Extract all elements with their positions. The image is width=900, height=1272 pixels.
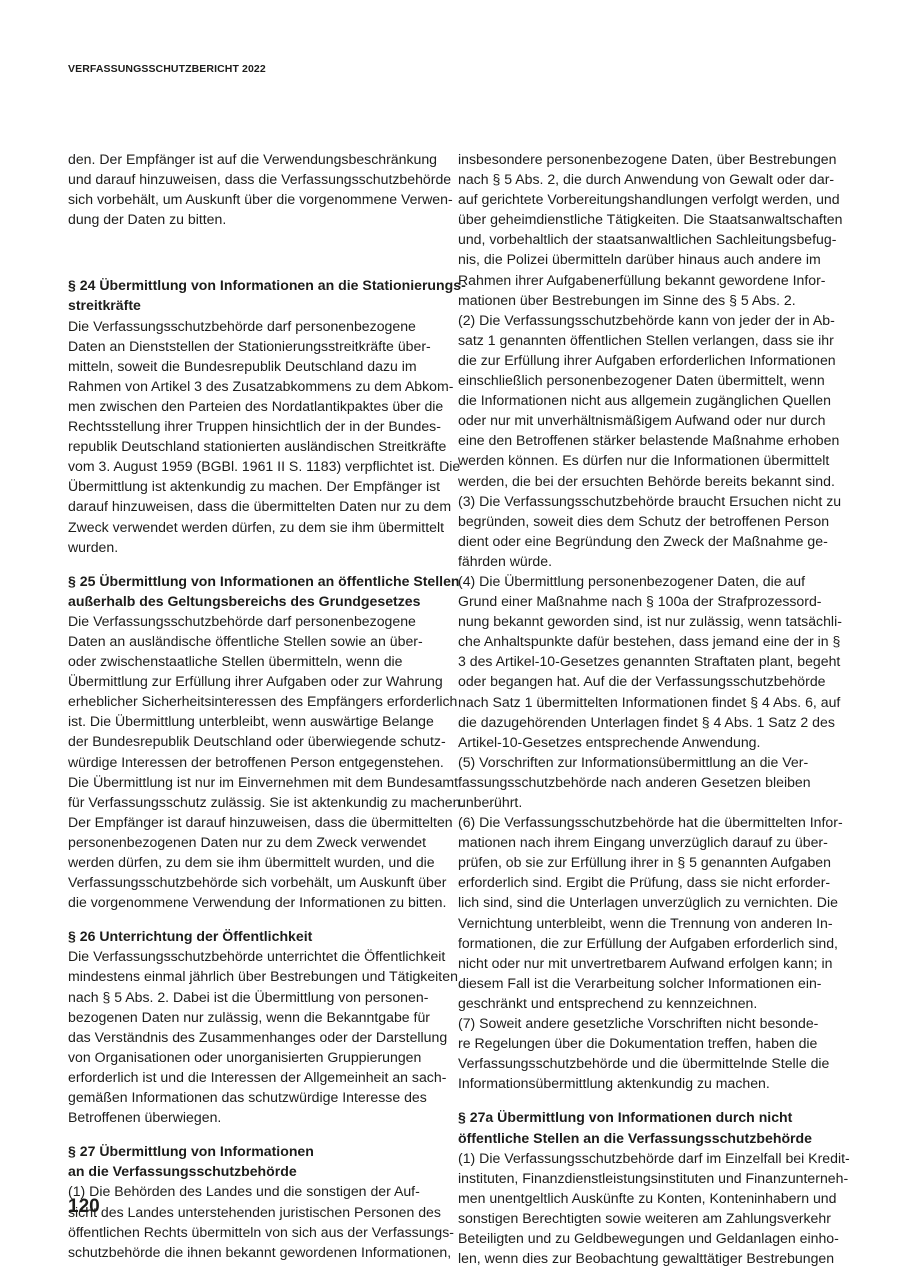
text-line: satz 1 genannten öffentlichen Stellen ve… (458, 330, 840, 350)
text-line: erforderlich ist und die Interessen der … (68, 1067, 450, 1087)
section-heading: streitkräfte (68, 295, 450, 315)
text-line: Informationsübermittlung aktenkundig zu … (458, 1073, 840, 1093)
text-line: nicht oder nur mit unvertretbarem Aufwan… (458, 953, 840, 973)
text-line: (6) Die Verfassungsschutzbehörde hat die… (458, 812, 840, 832)
text-line: Betroffenen überwiegen. (68, 1107, 450, 1127)
text-line: unberührt. (458, 792, 840, 812)
section-heading: an die Verfassungsschutzbehörde (68, 1161, 450, 1181)
page-number: 120 (68, 1196, 100, 1218)
right-column: insbesondere personenbezogene Daten, übe… (458, 149, 840, 1268)
section-26: § 26 Unterrichtung der Öffentlichkeit Di… (68, 926, 450, 1127)
text-line: Die Übermittlung ist nur im Einvernehmen… (68, 772, 450, 792)
text-line: fährden würde. (458, 551, 840, 571)
text-line: republik Deutschland stationierten auslä… (68, 436, 450, 456)
section-27-continuation: insbesondere personenbezogene Daten, übe… (458, 149, 840, 1093)
text-line: mindestens einmal jährlich über Bestrebu… (68, 966, 450, 986)
text-line: und darauf hinzuweisen, dass die Verfass… (68, 169, 450, 189)
text-line: die dazugehörenden Unterlagen findet § 4… (458, 712, 840, 732)
spacer (68, 557, 450, 571)
text-line: öffentlichen Rechts übermitteln von sich… (68, 1222, 450, 1242)
section-27a: § 27a Übermittlung von Informationen dur… (458, 1107, 840, 1268)
text-line: Verfassungsschutzbehörde und die übermit… (458, 1053, 840, 1073)
text-line: nis, die Polizei übermitteln darüber hin… (458, 249, 840, 269)
text-line: werden, die bei der ersuchten Behörde be… (458, 471, 840, 491)
text-line: nach Satz 1 übermittelten Informationen … (458, 692, 840, 712)
text-line: Der Empfänger ist darauf hinzuweisen, da… (68, 812, 450, 832)
text-line: mitteln, soweit die Bundesrepublik Deuts… (68, 356, 450, 376)
text-line: Rahmen von Artikel 3 des Zusatzabkommens… (68, 376, 450, 396)
text-line: schutzbehörde die ihnen bekannt geworden… (68, 1242, 450, 1262)
text-line: werden dürfen, zu dem sie ihm übermittel… (68, 852, 450, 872)
text-line: (1) Die Verfassungsschutzbehörde darf im… (458, 1148, 840, 1168)
text-line: bezogenen Daten nur zulässig, wenn die B… (68, 1007, 450, 1027)
text-line: men zwischen den Parteien des Nordatlant… (68, 396, 450, 416)
section-heading: § 26 Unterrichtung der Öffentlichkeit (68, 926, 450, 946)
section-heading: § 24 Übermittlung von Informationen an d… (68, 275, 450, 295)
spacer (68, 229, 450, 275)
text-line: Grund einer Maßnahme nach § 100a der Str… (458, 591, 840, 611)
text-line: che Anhaltspunkte dafür bestehen, dass j… (458, 631, 840, 651)
spacer (68, 912, 450, 926)
text-line: formationen, die zur Erfüllung der Aufga… (458, 933, 840, 953)
text-line: prüfen, ob sie zur Erfüllung ihrer in § … (458, 852, 840, 872)
text-line: re Regelungen über die Dokumentation tre… (458, 1033, 840, 1053)
text-line: der Bundesrepublik Deutschland oder über… (68, 731, 450, 751)
text-line: (1) Die Behörden des Landes und die sons… (68, 1181, 450, 1201)
text-line: einschließlich personenbezogener Daten ü… (458, 370, 840, 390)
text-line: nung bekannt geworden sind, ist nur zulä… (458, 611, 840, 631)
spacer (458, 1093, 840, 1107)
text-line: Rahmen ihrer Aufgabenerfüllung bekannt g… (458, 270, 840, 290)
text-line: Die Verfassungsschutzbehörde unterrichte… (68, 946, 450, 966)
text-line: nach § 5 Abs. 2, die durch Anwendung von… (458, 169, 840, 189)
text-line: Vernichtung unterbleibt, wenn die Trennu… (458, 913, 840, 933)
text-line: das Verständnis des Zusammenhanges oder … (68, 1027, 450, 1047)
text-line: men unentgeltlich Auskünfte zu Konten, K… (458, 1188, 840, 1208)
text-line: Verfassungsschutzbehörde sich vorbehält,… (68, 872, 450, 892)
text-line: mationen nach ihrem Eingang unverzüglich… (458, 832, 840, 852)
section-27: § 27 Übermittlung von Informationen an d… (68, 1141, 450, 1262)
left-column: den. Der Empfänger ist auf die Verwendun… (68, 149, 450, 1262)
text-line: Übermittlung zur Erfüllung ihrer Aufgabe… (68, 671, 450, 691)
text-line: (3) Die Verfassungsschutzbehörde braucht… (458, 491, 840, 511)
section-heading: § 25 Übermittlung von Informationen an ö… (68, 571, 450, 591)
text-line: oder nur mit unverhältnismäßigem Aufwand… (458, 410, 840, 430)
text-line: den. Der Empfänger ist auf die Verwendun… (68, 149, 450, 169)
text-line: dient oder eine Begründung den Zweck der… (458, 531, 840, 551)
text-line: Zweck verwendet werden dürfen, zu dem si… (68, 517, 450, 537)
text-line: dung der Daten zu bitten. (68, 209, 450, 229)
text-line: von Organisationen oder unorganisierten … (68, 1047, 450, 1067)
text-line: Artikel-10-Gesetzes entsprechende Anwend… (458, 732, 840, 752)
text-line: (5) Vorschriften zur Informationsübermit… (458, 752, 840, 772)
intro-paragraph: den. Der Empfänger ist auf die Verwendun… (68, 149, 450, 229)
section-heading: § 27 Übermittlung von Informationen (68, 1141, 450, 1161)
text-line: diesem Fall ist die Verarbeitung solcher… (458, 973, 840, 993)
text-line: vom 3. August 1959 (BGBl. 1961 II S. 118… (68, 456, 450, 476)
text-line: Übermittlung ist aktenkundig zu machen. … (68, 476, 450, 496)
text-line: mationen über Bestrebungen im Sinne des … (458, 290, 840, 310)
text-line: (7) Soweit andere gesetzliche Vorschrift… (458, 1013, 840, 1033)
text-line: lich sind, sind die Unterlagen unverzügl… (458, 892, 840, 912)
text-line: Beteiligten und zu Geldbewegungen und Ge… (458, 1228, 840, 1248)
text-line: werden können. Es dürfen nur die Informa… (458, 450, 840, 470)
text-line: sich vorbehält, um Auskunft über die vor… (68, 189, 450, 209)
text-line: ist. Die Übermittlung unterbleibt, wenn … (68, 711, 450, 731)
spacer (68, 1127, 450, 1141)
text-line: die vorgenommene Verwendung der Informat… (68, 892, 450, 912)
text-line: Daten an Dienststellen der Stationierung… (68, 336, 450, 356)
text-line: instituten, Finanzdienstleistungsinstitu… (458, 1168, 840, 1188)
text-line: sonstigen Berechtigten sowie weiteren am… (458, 1208, 840, 1228)
section-25: § 25 Übermittlung von Informationen an ö… (68, 571, 450, 913)
text-line: fassungsschutzbehörde nach anderen Geset… (458, 772, 840, 792)
text-line: und, vorbehaltlich der staatsanwaltliche… (458, 229, 840, 249)
text-line: die Informationen nicht aus allgemein zu… (458, 390, 840, 410)
text-line: (2) Die Verfassungsschutzbehörde kann vo… (458, 310, 840, 330)
text-line: über geheimdienstliche Tätigkeiten. Die … (458, 209, 840, 229)
text-line: die zur Erfüllung ihrer Aufgaben erforde… (458, 350, 840, 370)
text-line: personenbezogenen Daten nur zu dem Zweck… (68, 832, 450, 852)
text-line: sicht des Landes unterstehenden juristis… (68, 1202, 450, 1222)
text-line: Die Verfassungsschutzbehörde darf person… (68, 316, 450, 336)
text-line: insbesondere personenbezogene Daten, übe… (458, 149, 840, 169)
text-line: geschränkt und entsprechend zu kennzeich… (458, 993, 840, 1013)
text-line: Rechtsstellung ihrer Truppen hinsichtlic… (68, 416, 450, 436)
text-line: erheblicher Sicherheitsinteressen des Em… (68, 691, 450, 711)
text-line: wurden. (68, 537, 450, 557)
section-heading: öffentliche Stellen an die Verfassungssc… (458, 1128, 840, 1148)
text-line: Daten an ausländische öffentliche Stelle… (68, 631, 450, 651)
running-head: VERFASSUNGSSCHUTZBERICHT 2022 (68, 63, 266, 75)
text-line: gemäßen Informationen das schutzwürdige … (68, 1087, 450, 1107)
section-heading: außerhalb des Geltungsbereichs des Grund… (68, 591, 450, 611)
text-line: (4) Die Übermittlung personenbezogener D… (458, 571, 840, 591)
section-heading: § 27a Übermittlung von Informationen dur… (458, 1107, 840, 1127)
text-line: nach § 5 Abs. 2. Dabei ist die Übermittl… (68, 987, 450, 1007)
text-line: begründen, soweit dies dem Schutz der be… (458, 511, 840, 531)
text-line: würdige Interessen der betroffenen Perso… (68, 752, 450, 772)
text-line: erforderlich sind. Ergibt die Prüfung, d… (458, 872, 840, 892)
text-line: oder begangen hat. Auf die der Verfassun… (458, 671, 840, 691)
text-line: 3 des Artikel-10-Gesetzes genannten Stra… (458, 651, 840, 671)
section-24: § 24 Übermittlung von Informationen an d… (68, 275, 450, 556)
text-line: auf gerichtete Vorbereitungshandlungen v… (458, 189, 840, 209)
text-line: Die Verfassungsschutzbehörde darf person… (68, 611, 450, 631)
text-line: eine den Betroffenen stärker belastende … (458, 430, 840, 450)
text-line: darauf hinzuweisen, dass die übermittelt… (68, 496, 450, 516)
text-line: für Verfassungsschutz zulässig. Sie ist … (68, 792, 450, 812)
text-line: oder zwischenstaatliche Stellen übermitt… (68, 651, 450, 671)
text-line: len, wenn dies zur Beobachtung gewalttät… (458, 1248, 840, 1268)
